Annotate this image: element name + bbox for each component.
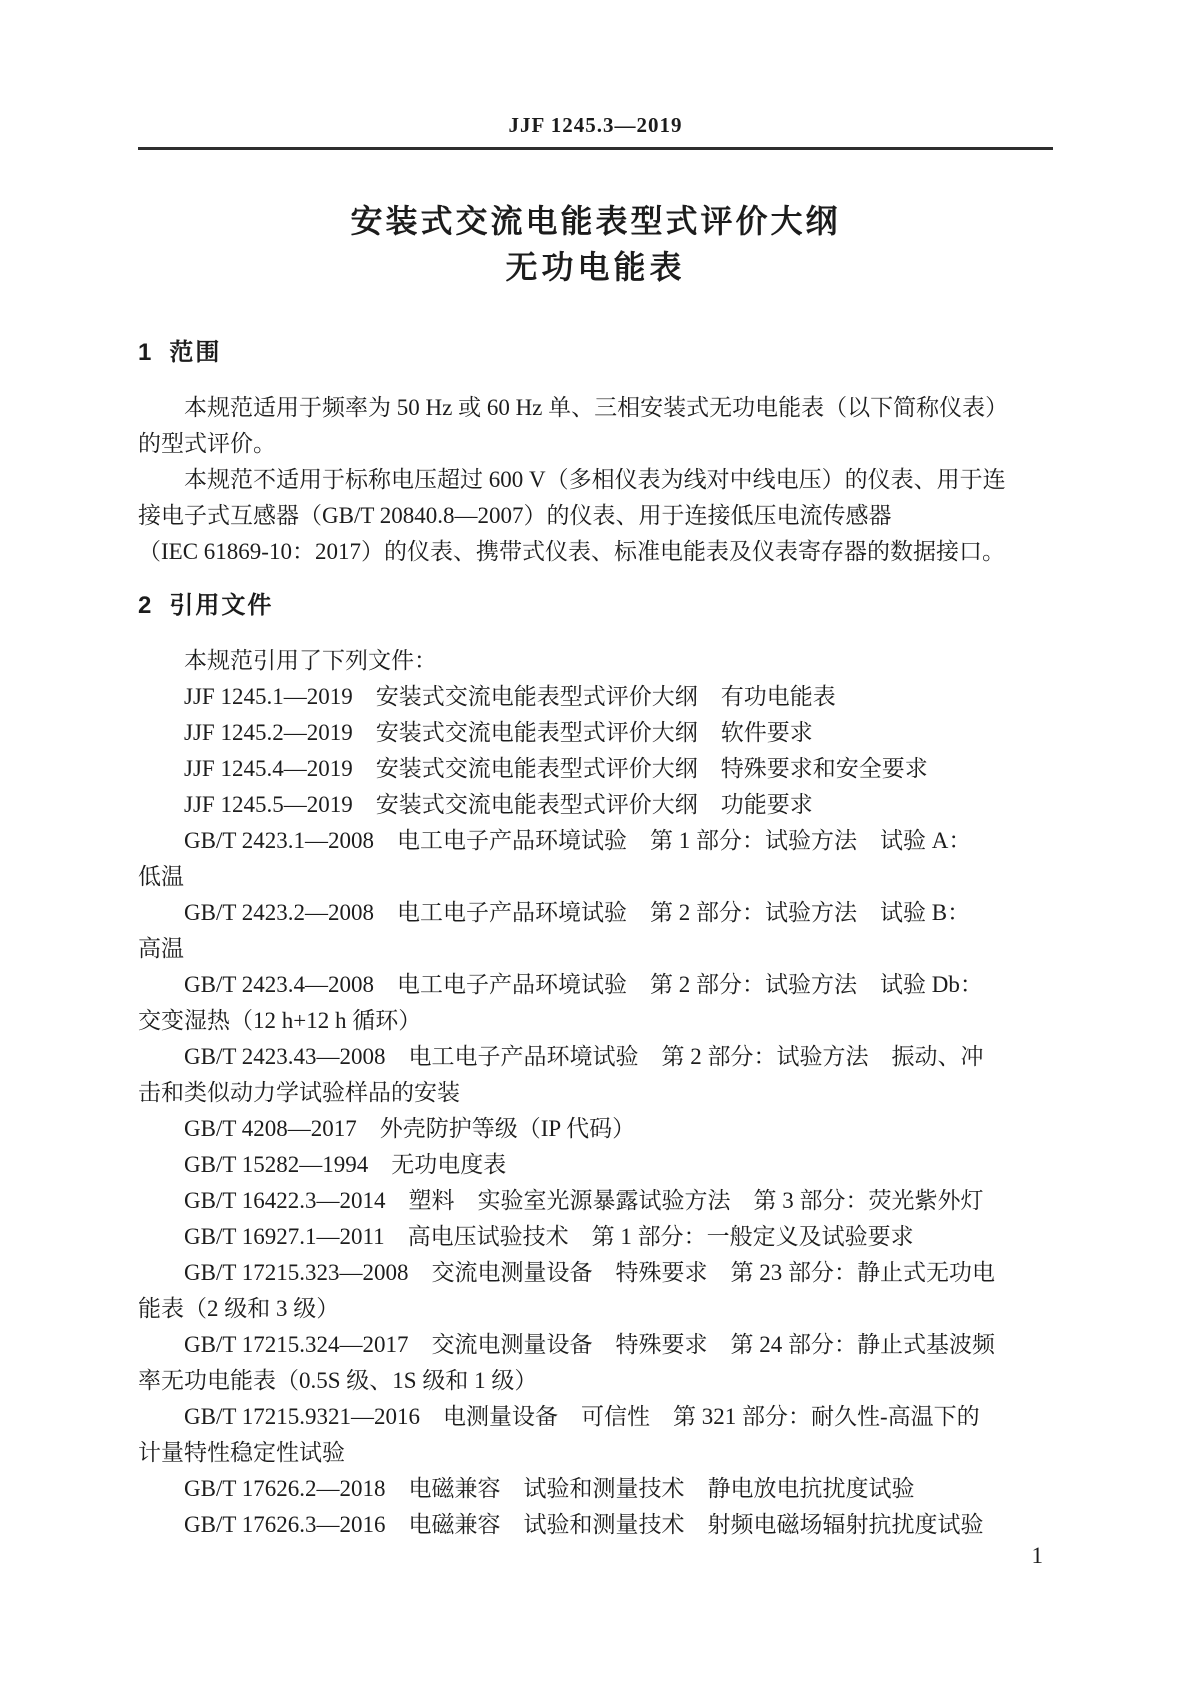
page-number: 1 (1032, 1541, 1044, 1571)
section-2-heading: 2引用文件 (138, 591, 1053, 621)
page-content: JJF 1245.3—2019 安装式交流电能表型式评价大纲 无功电能表 1范围… (138, 0, 1053, 1543)
reference-item: GB/T 17215.324—2017 交流电测量设备 特殊要求 第 24 部分… (138, 1327, 1053, 1399)
references-intro: 本规范引用了下列文件： (138, 643, 1053, 679)
section-scope: 1范围 本规范适用于频率为 50 Hz 或 60 Hz 单、三相安装式无功电能表… (138, 338, 1053, 570)
section-1-heading-label: 范围 (169, 339, 221, 366)
section-1-heading: 1范围 (138, 338, 1053, 368)
reference-item: JJF 1245.2—2019 安装式交流电能表型式评价大纲 软件要求 (138, 715, 1053, 751)
reference-item: JJF 1245.5—2019 安装式交流电能表型式评价大纲 功能要求 (138, 787, 1053, 823)
reference-item: GB/T 4208—2017 外壳防护等级（IP 代码） (138, 1111, 1053, 1147)
document-page: JJF 1245.3—2019 安装式交流电能表型式评价大纲 无功电能表 1范围… (0, 0, 1191, 1684)
section-1-number: 1 (138, 338, 151, 368)
reference-item: GB/T 15282—1994 无功电度表 (138, 1147, 1053, 1183)
reference-item: GB/T 2423.4—2008 电工电子产品环境试验 第 2 部分：试验方法 … (138, 967, 1053, 1039)
section-references: 2引用文件 本规范引用了下列文件： JJF 1245.1—2019 安装式交流电… (138, 591, 1053, 1543)
header-divider-rule (138, 147, 1053, 150)
reference-item: GB/T 2423.2—2008 电工电子产品环境试验 第 2 部分：试验方法 … (138, 895, 1053, 967)
section-2-heading-label: 引用文件 (169, 592, 273, 619)
document-title: 安装式交流电能表型式评价大纲 (138, 200, 1053, 242)
standard-code-header: JJF 1245.3—2019 (138, 0, 1053, 138)
reference-item: GB/T 2423.1—2008 电工电子产品环境试验 第 1 部分：试验方法 … (138, 823, 1053, 895)
reference-item: GB/T 16927.1—2011 高电压试验技术 第 1 部分：一般定义及试验… (138, 1219, 1053, 1255)
reference-item: GB/T 2423.43—2008 电工电子产品环境试验 第 2 部分：试验方法… (138, 1039, 1053, 1111)
document-subtitle: 无功电能表 (138, 246, 1053, 288)
section-2-number: 2 (138, 591, 151, 621)
reference-item: GB/T 17626.2—2018 电磁兼容 试验和测量技术 静电放电抗扰度试验 (138, 1471, 1053, 1507)
reference-item: GB/T 17215.9321—2016 电测量设备 可信性 第 321 部分：… (138, 1399, 1053, 1471)
scope-paragraph: 本规范适用于频率为 50 Hz 或 60 Hz 单、三相安装式无功电能表（以下简… (138, 390, 1053, 462)
reference-item: JJF 1245.1—2019 安装式交流电能表型式评价大纲 有功电能表 (138, 679, 1053, 715)
scope-paragraph: 本规范不适用于标称电压超过 600 V（多相仪表为线对中线电压）的仪表、用于连 … (138, 462, 1053, 570)
reference-item: GB/T 16422.3—2014 塑料 实验室光源暴露试验方法 第 3 部分：… (138, 1183, 1053, 1219)
reference-item: GB/T 17215.323—2008 交流电测量设备 特殊要求 第 23 部分… (138, 1255, 1053, 1327)
reference-item: GB/T 17626.3—2016 电磁兼容 试验和测量技术 射频电磁场辐射抗扰… (138, 1507, 1053, 1543)
reference-item: JJF 1245.4—2019 安装式交流电能表型式评价大纲 特殊要求和安全要求 (138, 751, 1053, 787)
